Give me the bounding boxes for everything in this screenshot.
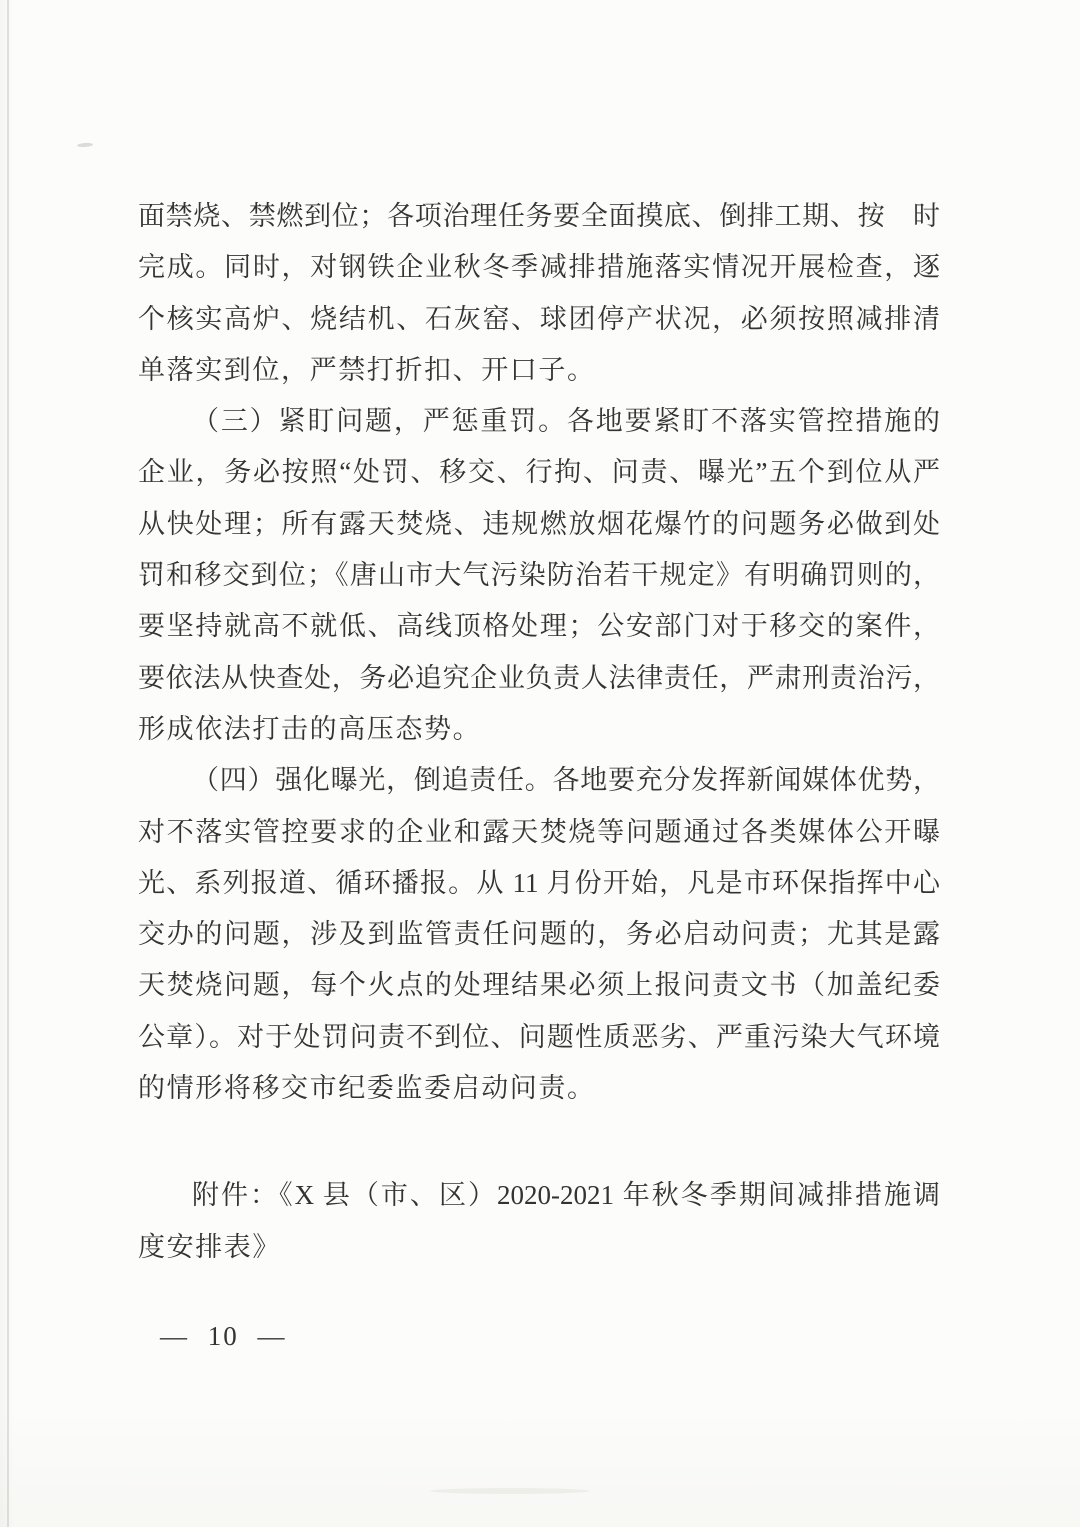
text-line: 的情形将移交市纪委监委启动问责。 (138, 1063, 940, 1114)
text-line: 附件：《X 县（市、区）2020-2021 年秋冬季期间减排措施调 (138, 1170, 940, 1221)
text-line: 完成。同时，对钢铁企业秋冬季减排措施落实情况开展检查，逐 (138, 242, 940, 293)
text-line: 公章）。对于处罚问责不到位、问题性质恶劣、严重污染大气环境 (138, 1012, 940, 1063)
scan-edge-seam (7, 0, 9, 1527)
text-line: （四）强化曝光，倒追责任。各地要充分发挥新闻媒体优势， (138, 755, 940, 806)
document-page: 面禁烧、禁燃到位；各项治理任务要全面摸底、倒排工期、按 时完成。同时，对钢铁企业… (0, 0, 1080, 1527)
scan-smudge-bottom (430, 1488, 590, 1494)
page-number: — 10 — (160, 1316, 287, 1356)
text-line: 罚和移交到位；《唐山市大气污染防治若干规定》有明确罚则的， (138, 550, 940, 601)
text-line: 天焚烧问题，每个火点的处理结果必须上报问责文书（加盖纪委 (138, 960, 940, 1011)
text-line: 度安排表》 (138, 1222, 940, 1273)
text-line: 面禁烧、禁燃到位；各项治理任务要全面摸底、倒排工期、按 时 (138, 191, 940, 242)
text-line: 对不落实管控要求的企业和露天焚烧等问题通过各类媒体公开曝 (138, 807, 940, 858)
text-line: （三）紧盯问题，严惩重罚。各地要紧盯不落实管控措施的 (138, 396, 940, 447)
document-body: 面禁烧、禁燃到位；各项治理任务要全面摸底、倒排工期、按 时完成。同时，对钢铁企业… (138, 191, 940, 1273)
text-line: 形成依法打击的高压态势。 (138, 704, 940, 755)
text-line: 要依法从快查处，务必追究企业负责人法律责任，严肃刑责治污， (138, 653, 940, 704)
text-line: 从快处理；所有露天焚烧、违规燃放烟花爆竹的问题务必做到处 (138, 499, 940, 550)
text-line: 光、系列报道、循环播报。从 11 月份开始，凡是市环保指挥中心 (138, 858, 940, 909)
text-line: 交办的问题，涉及到监管责任问题的，务必启动问责；尤其是露 (138, 909, 940, 960)
text-line: 企业，务必按照“处罚、移交、行拘、问责、曝光”五个到位从严 (138, 447, 940, 498)
text-line: 个核实高炉、烧结机、石灰窑、球团停产状况，必须按照减排清 (138, 294, 940, 345)
scan-smudge (77, 142, 93, 147)
text-line: 要坚持就高不就低、高线顶格处理；公安部门对于移交的案件， (138, 601, 940, 652)
text-line: 单落实到位，严禁打折扣、开口子。 (138, 345, 940, 396)
